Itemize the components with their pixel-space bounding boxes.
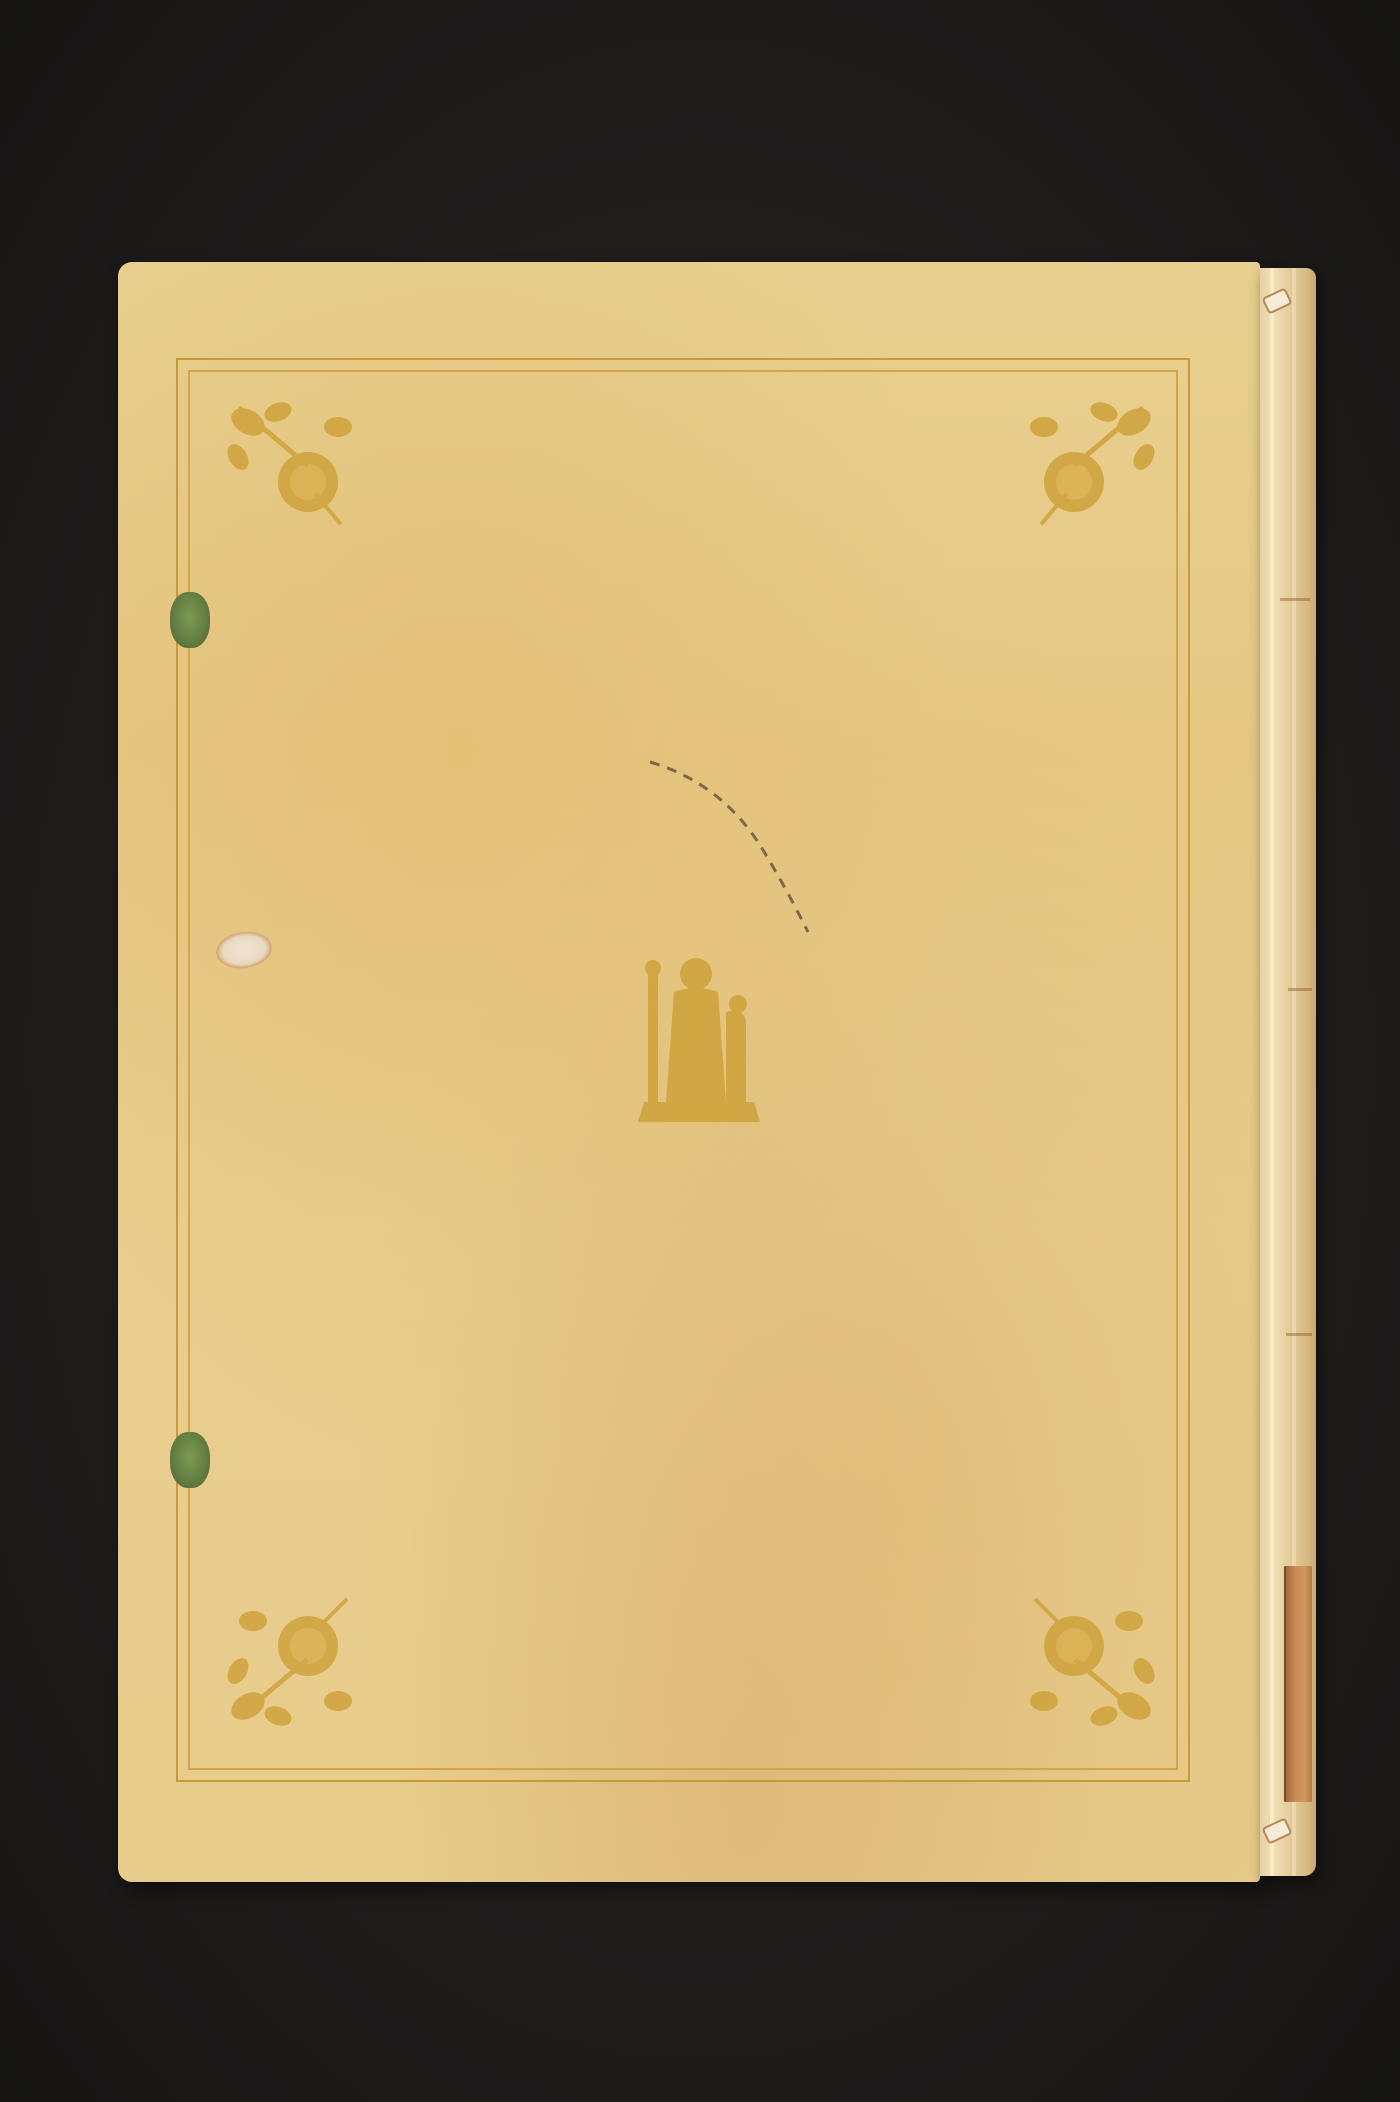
floral-fleuron-top-right-icon bbox=[1014, 382, 1174, 542]
gilt-saint-emblem-icon bbox=[634, 952, 764, 1132]
vellum-book bbox=[118, 262, 1318, 1882]
spine-stain bbox=[1280, 598, 1310, 601]
green-silk-tie-upper bbox=[170, 592, 210, 648]
floral-fleuron-bottom-left-icon bbox=[208, 1586, 368, 1746]
spine-paper-label bbox=[1284, 1566, 1312, 1802]
green-silk-tie-lower bbox=[170, 1432, 210, 1488]
spine-stain bbox=[1286, 1333, 1312, 1336]
torn-tie-hole bbox=[214, 928, 274, 971]
spine-crease bbox=[1270, 268, 1274, 1876]
floral-fleuron-bottom-right-icon bbox=[1014, 1586, 1174, 1746]
front-cover bbox=[118, 262, 1260, 1882]
sewing-thread-loop-top bbox=[1261, 287, 1292, 314]
sewing-thread-loop-bottom bbox=[1261, 1817, 1292, 1844]
spine-stain bbox=[1288, 988, 1312, 991]
book-spine bbox=[1260, 268, 1316, 1876]
floral-fleuron-top-left-icon bbox=[208, 382, 368, 542]
